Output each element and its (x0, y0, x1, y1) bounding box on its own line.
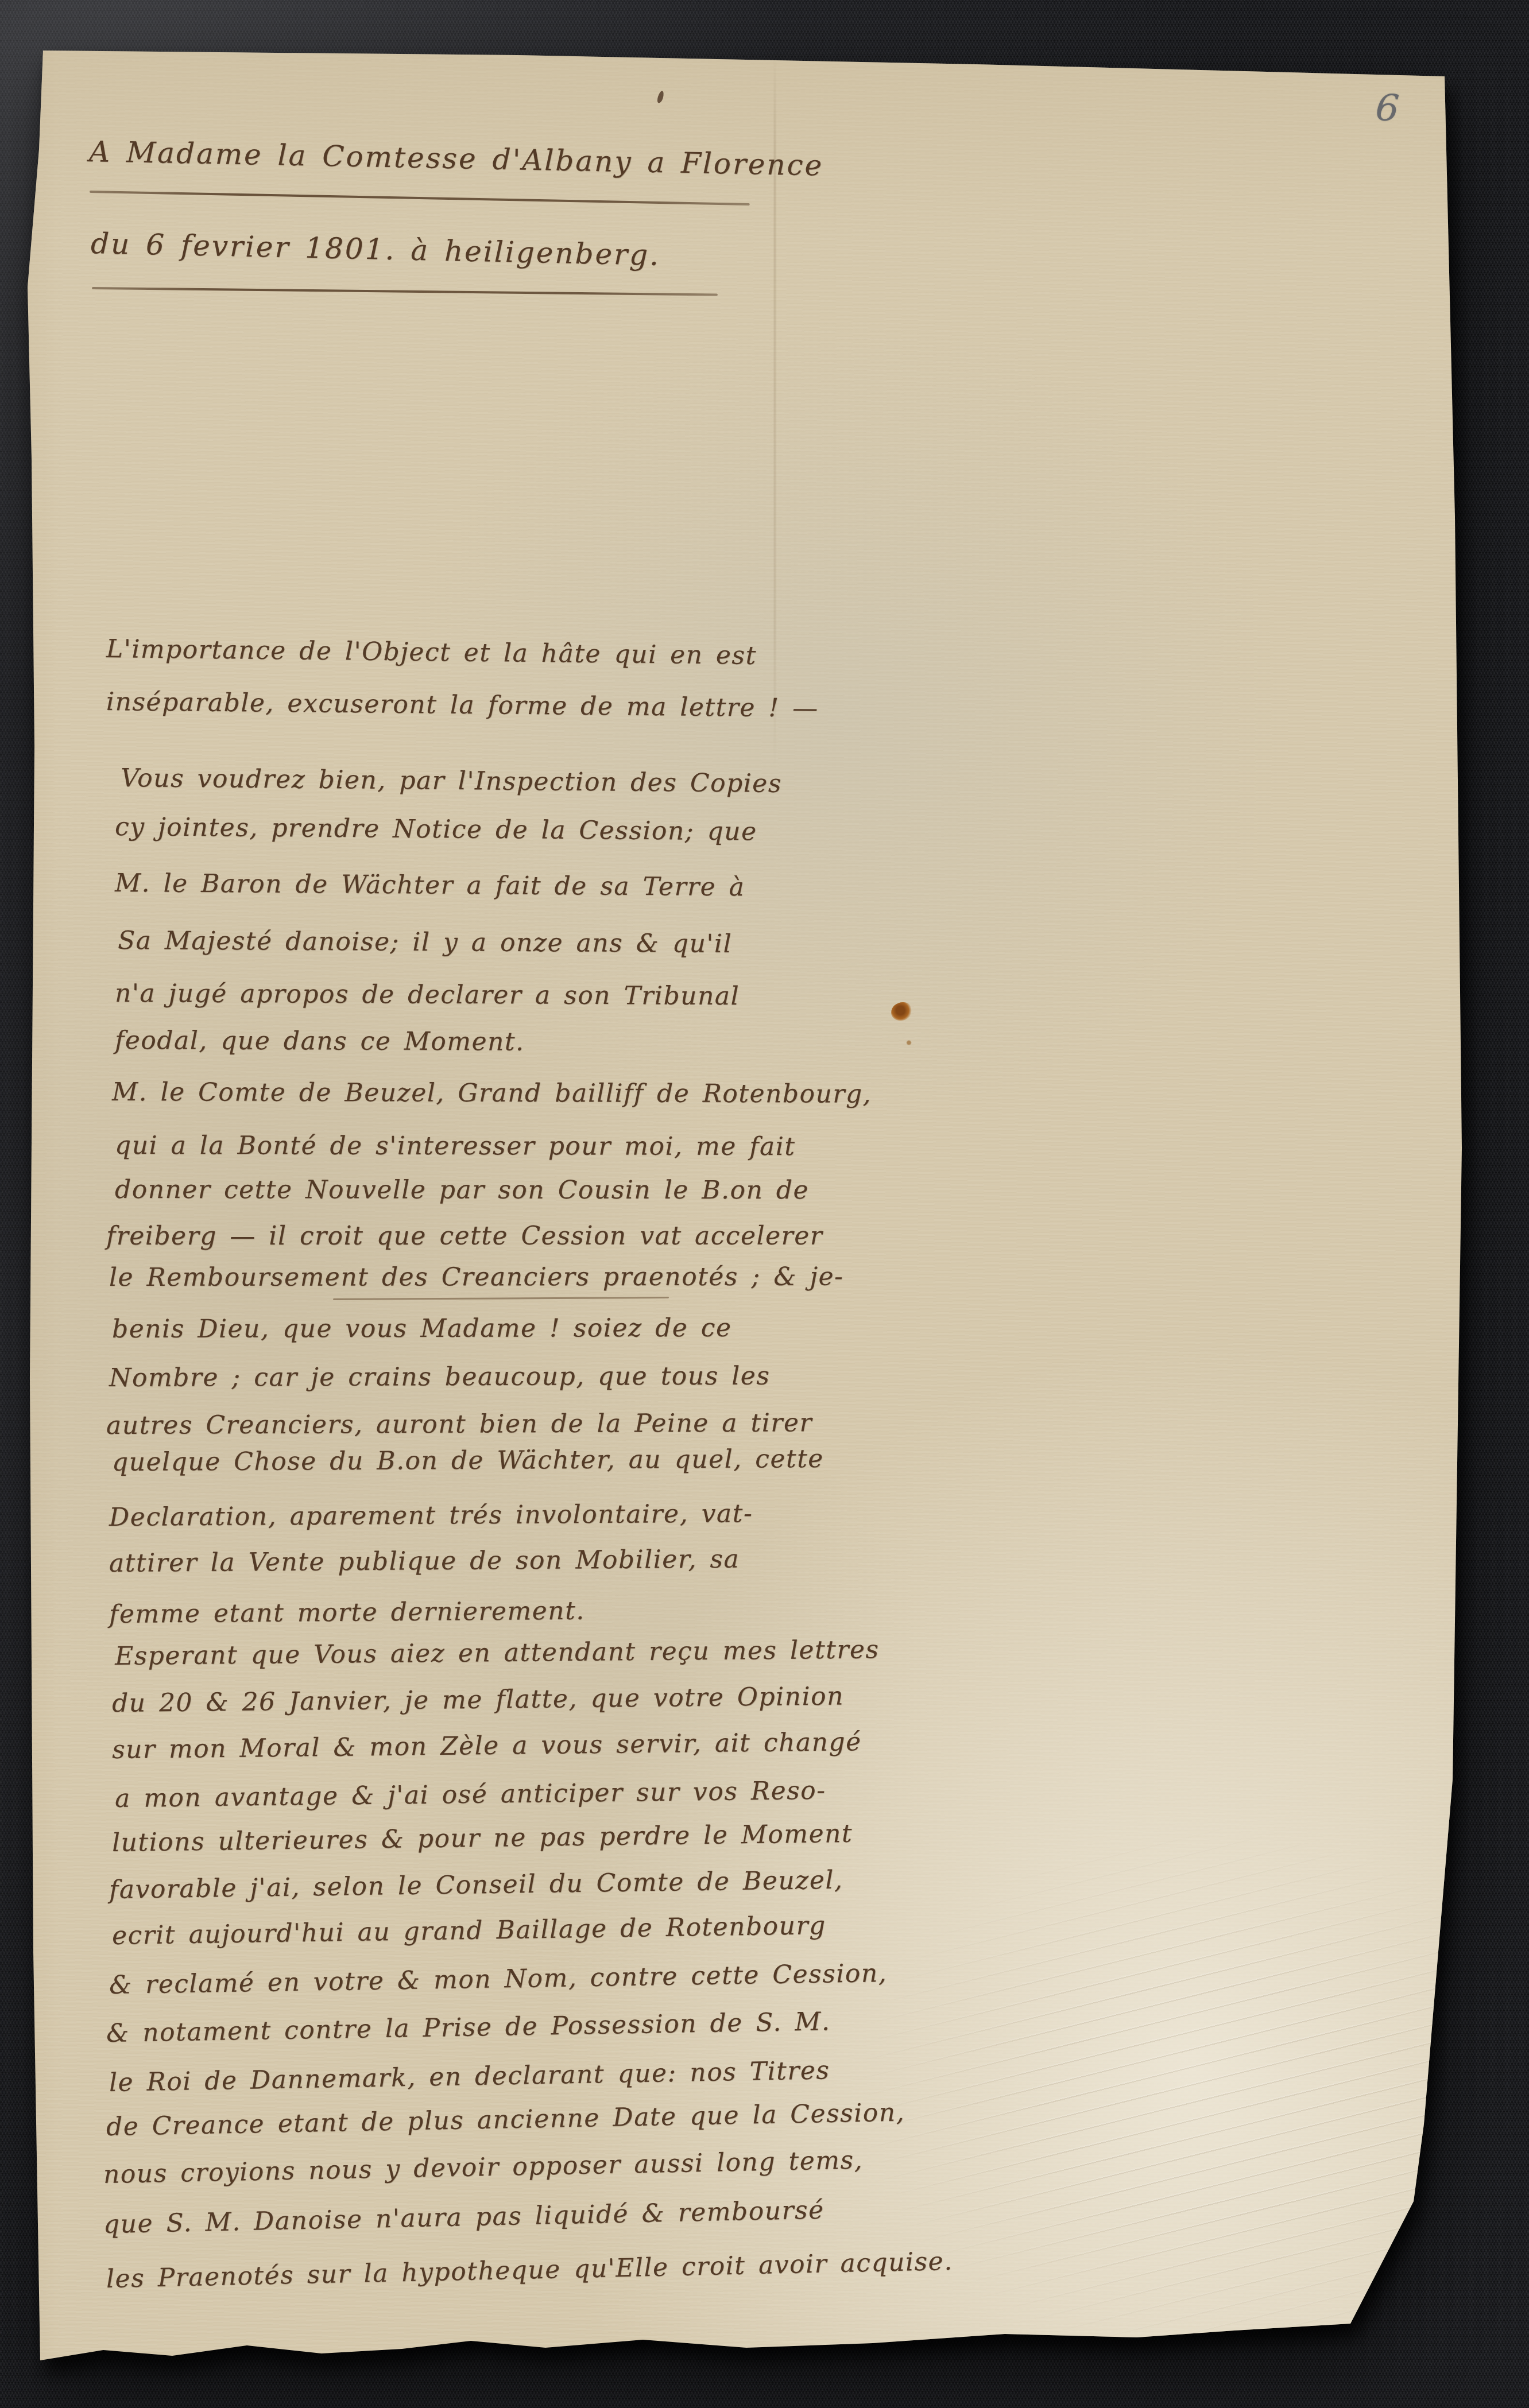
manuscript-line: attirer la Vente publique de son Mobilie… (109, 1545, 740, 1578)
rust-stain-small (906, 1040, 912, 1045)
manuscript-line: Esperant que Vous aiez en attendant reçu… (115, 1635, 880, 1671)
manuscript-line: autres Creanciers, auront bien de la Pei… (106, 1408, 812, 1440)
ink-underline (90, 191, 750, 205)
manuscript-line: Nombre ; car je crains beaucoup, que tou… (109, 1362, 771, 1393)
manuscript-line: sur mon Moral & mon Zèle a vous servir, … (112, 1727, 862, 1765)
heading-line-2: du 6 fevrier 1801. à heiligenberg. (90, 227, 660, 272)
manuscript-line: favorable j'ai, selon le Conseil du Comt… (109, 1866, 843, 1905)
page-number: 6 (1374, 87, 1400, 131)
manuscript-line: le Remboursement des Creanciers praenoté… (109, 1262, 843, 1292)
manuscript-line: nous croyions nous y devoir opposer auss… (103, 2146, 864, 2189)
manuscript-line: M. le Baron de Wächter a fait de sa Terr… (115, 868, 745, 902)
ink-underline-partial (333, 1297, 669, 1300)
heading-line-1: A Madame la Comtesse d'Albany a Florence (88, 135, 823, 183)
manuscript-line: quelque Chose du B.on de Wächter, au que… (112, 1444, 824, 1477)
manuscript-line: benis Dieu, que vous Madame ! soiez de c… (112, 1313, 732, 1344)
manuscript-line: Declaration, aparement trés involontaire… (109, 1499, 753, 1532)
manuscript-page-wrapper: 6 A Madame la Comtesse d'Albany a Floren… (0, 0, 1529, 2408)
ink-speck (656, 90, 665, 104)
manuscript-line: Sa Majesté danoise; il y a onze ans & qu… (118, 926, 732, 959)
manuscript-page: 6 A Madame la Comtesse d'Albany a Floren… (0, 0, 1529, 2408)
manuscript-line: du 20 & 26 Janvier, je me flatte, que vo… (112, 1682, 844, 1718)
manuscript-line: qui a la Bonté de s'interesser pour moi,… (115, 1131, 796, 1161)
manuscript-line: que S. M. Danoise n'aura pas liquidé & r… (103, 2196, 825, 2239)
manuscript-line: & notament contre la Prise de Possession… (106, 2007, 831, 2048)
manuscript-line: de Creance etant de plus ancienne Date q… (106, 2098, 905, 2142)
ink-underline (92, 287, 718, 296)
rust-stain (891, 1002, 912, 1021)
manuscript-line: inséparable, excuseront la forme de ma l… (106, 687, 819, 723)
manuscript-line: Vous voudrez bien, par l'Inspection des … (121, 763, 782, 798)
manuscript-line: M. le Comte de Beuzel, Grand bailliff de… (112, 1077, 872, 1109)
manuscript-line: & reclamé en votre & mon Nom, contre cet… (109, 1959, 888, 2000)
manuscript-line: n'a jugé apropos de declarer a son Tribu… (115, 979, 740, 1011)
manuscript-line: ecrit aujourd'hui au grand Baillage de R… (112, 1911, 826, 1951)
manuscript-line: le Roi de Dannemark, en declarant que: n… (109, 2056, 830, 2097)
manuscript-line: a mon avantage & j'ai osé anticiper sur … (115, 1776, 826, 1813)
manuscript-line: L'importance de l'Object et la hâte qui … (106, 634, 757, 670)
manuscript-line: feodal, que dans ce Moment. (115, 1026, 525, 1057)
manuscript-line: lutions ulterieures & pour ne pas perdre… (112, 1819, 853, 1858)
archive-photo: { "scan": { "page_number": "6", "heading… (0, 0, 1529, 2408)
manuscript-line: donner cette Nouvelle par son Cousin le … (115, 1175, 809, 1205)
manuscript-line: femme etant morte dernierement. (109, 1596, 585, 1629)
manuscript-line: cy jointes, prendre Notice de la Cession… (115, 812, 757, 846)
manuscript-line: freiberg — il croit que cette Cession va… (106, 1222, 823, 1251)
